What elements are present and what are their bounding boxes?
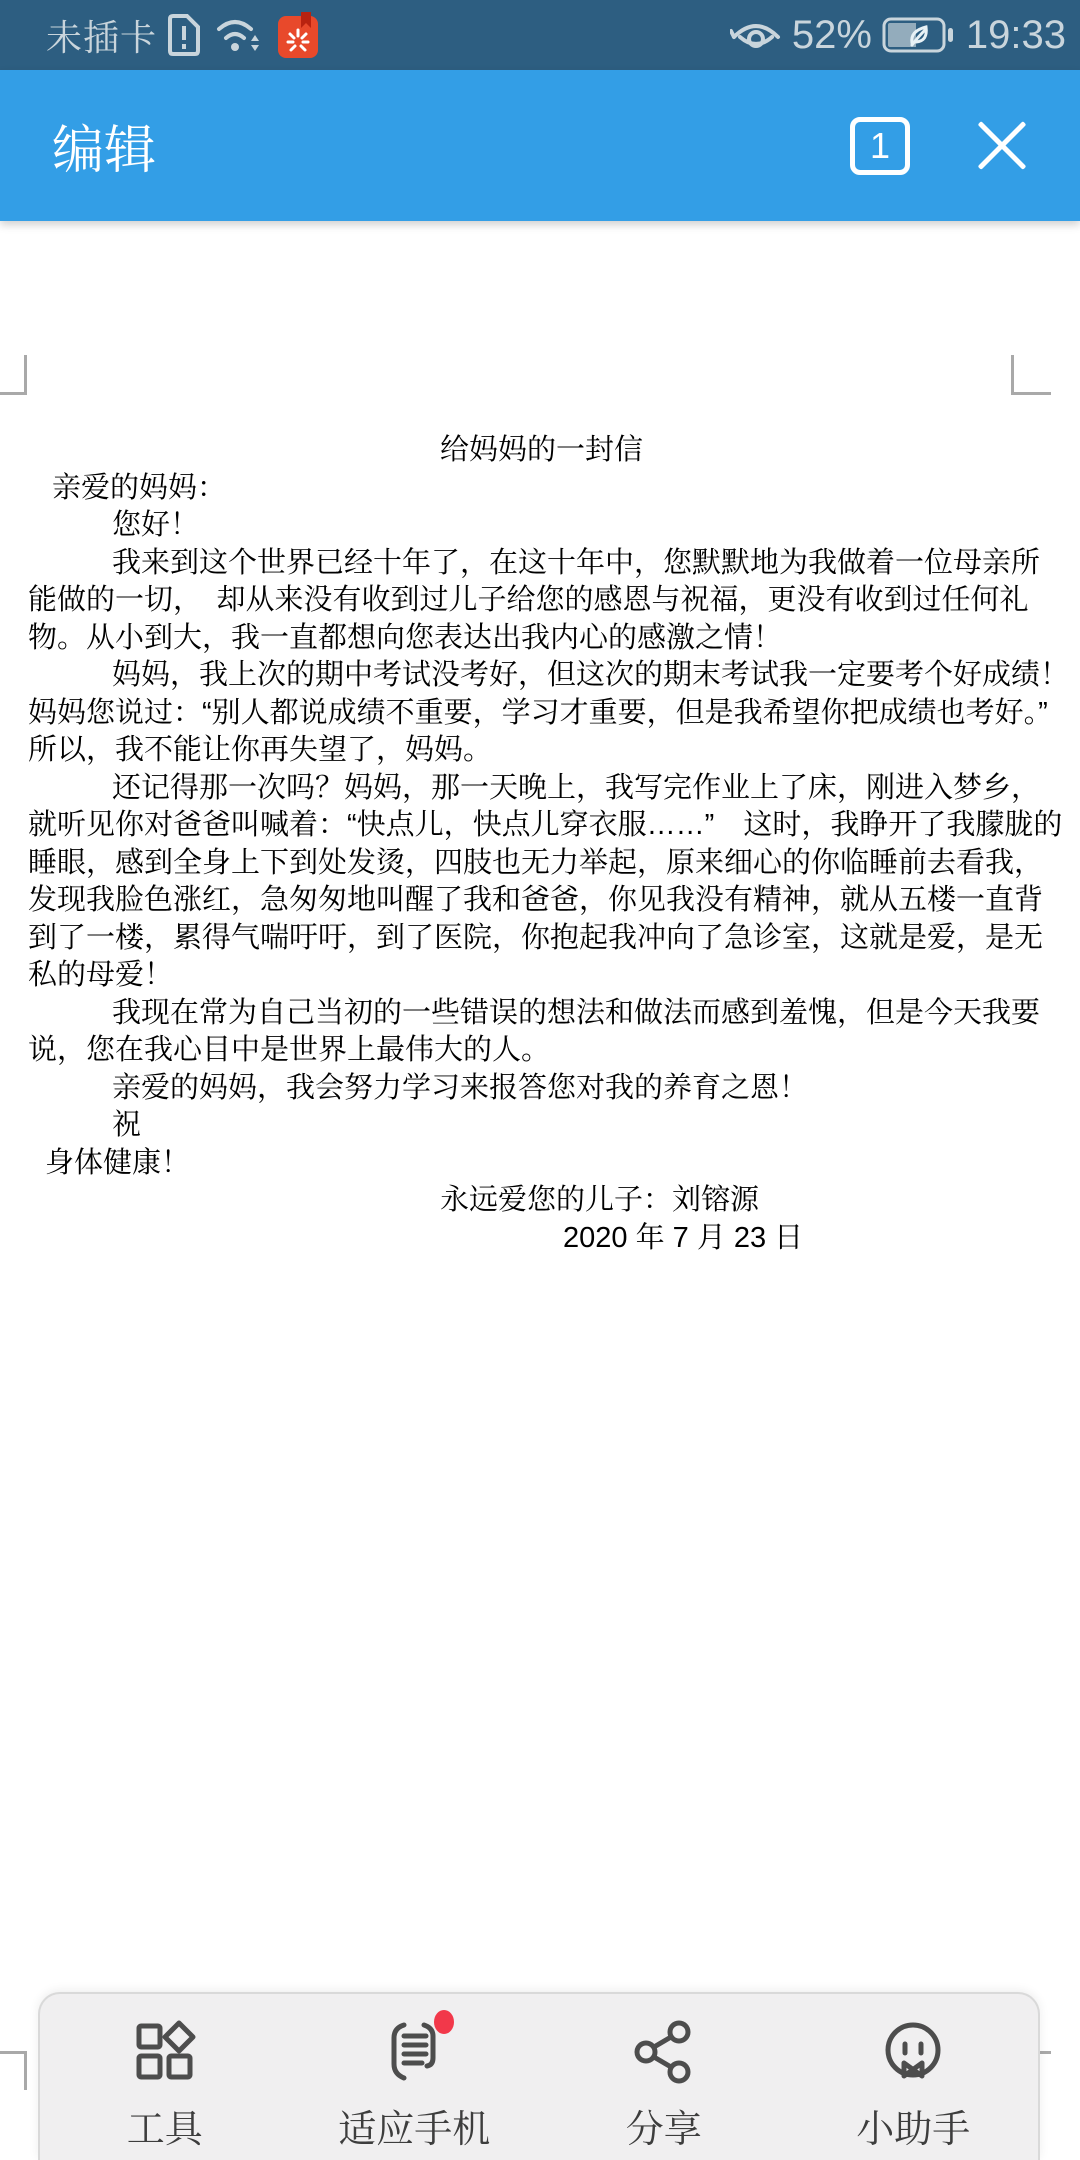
assistant-icon [881,2020,945,2084]
doc-line: 睡眼，感到全身上下到处发烫，四肢也无力举起，原来细心的你临睡前去看我， [28,845,1043,881]
page-margin-corner-top-right [1011,355,1051,395]
doc-line: 还记得那一次吗？妈妈，那一天晚上，我写完作业上了床，刚进入梦乡， [112,770,1040,806]
doc-line: 妈妈您说过：“别人都说成绩不重要，学习才重要，但是我希望你把成绩也考好。” [28,695,1048,731]
tools-label: 工具 [127,2098,203,2153]
doc-line: 亲爱的妈妈： [52,470,226,506]
doc-line: 我来到这个世界已经十年了，在这十年中，您默默地为我做着一位母亲所 [112,545,1040,581]
fit-to-phone-label: 适应手机 [338,2098,490,2153]
doc-line: 到了一楼，累得气喘吁吁，到了医院，你抱起我冲向了急诊室，这就是爱，是无 [28,920,1043,956]
doc-line: 永远爱您的儿子：刘镕源 [440,1182,759,1218]
doc-line: 亲爱的妈妈，我会努力学习来报答您对我的养育之恩！ [112,1070,808,1106]
doc-line: 能做的一切， 却从来没有收到过儿子给您的感恩与祝福，更没有收到过任何礼 [28,582,1029,618]
bottom-toolbar: 工具 适应手机 [38,1992,1040,2160]
doc-line: 2020 年 7 月 23 日 [563,1220,803,1256]
doc-line: 妈妈，我上次的期中考试没考好，但这次的期末考试我一定要考个好成绩！ [112,657,1069,693]
share-button[interactable]: 分享 [554,2020,774,2153]
notification-dot [434,2010,454,2034]
page-margin-corner-bottom-left [0,2051,27,2090]
doc-line: 私的母爱！ [28,957,173,993]
share-label: 分享 [626,2098,702,2153]
fit-to-phone-button[interactable]: 适应手机 [304,2020,524,2153]
doc-line: 给妈妈的一封信 [440,432,643,468]
app-header: 编辑 1 [0,70,1080,221]
doc-line: 我现在常为自己当初的一些错误的想法和做法而感到羞愧，但是今天我要 [112,995,1040,1031]
document-page[interactable]: 给妈妈的一封信亲爱的妈妈：您好！我来到这个世界已经十年了，在这十年中，您默默地为… [0,0,1080,2160]
doc-line: 祝 [112,1107,141,1143]
doc-line: 说，您在我心目中是世界上最伟大的人。 [28,1032,550,1068]
close-icon[interactable] [976,120,1028,172]
page-count-button[interactable]: 1 [850,117,910,175]
doc-line: 您好！ [112,507,199,543]
page-count-value: 1 [870,125,890,167]
page-title: 编辑 [52,108,156,183]
tools-button[interactable]: 工具 [55,2020,275,2153]
assistant-button[interactable]: 小助手 [803,2020,1023,2153]
doc-line: 身体健康！ [45,1145,190,1181]
share-icon [632,2020,696,2084]
assistant-label: 小助手 [856,2098,970,2153]
page-margin-corner-top-left [0,355,27,395]
tools-grid-icon [133,2020,197,2084]
doc-line: 发现我脸色涨红，急匆匆地叫醒了我和爸爸，你见我没有精神，就从五楼一直背 [28,882,1043,918]
doc-line: 物。从小到大，我一直都想向您表达出我内心的感激之情！ [28,620,782,656]
doc-line: 就听见你对爸爸叫喊着：“快点儿，快点儿穿衣服……” 这时，我睁开了我朦胧的 [28,807,1062,843]
doc-line: 所以，我不能让你再失望了，妈妈。 [28,732,492,768]
